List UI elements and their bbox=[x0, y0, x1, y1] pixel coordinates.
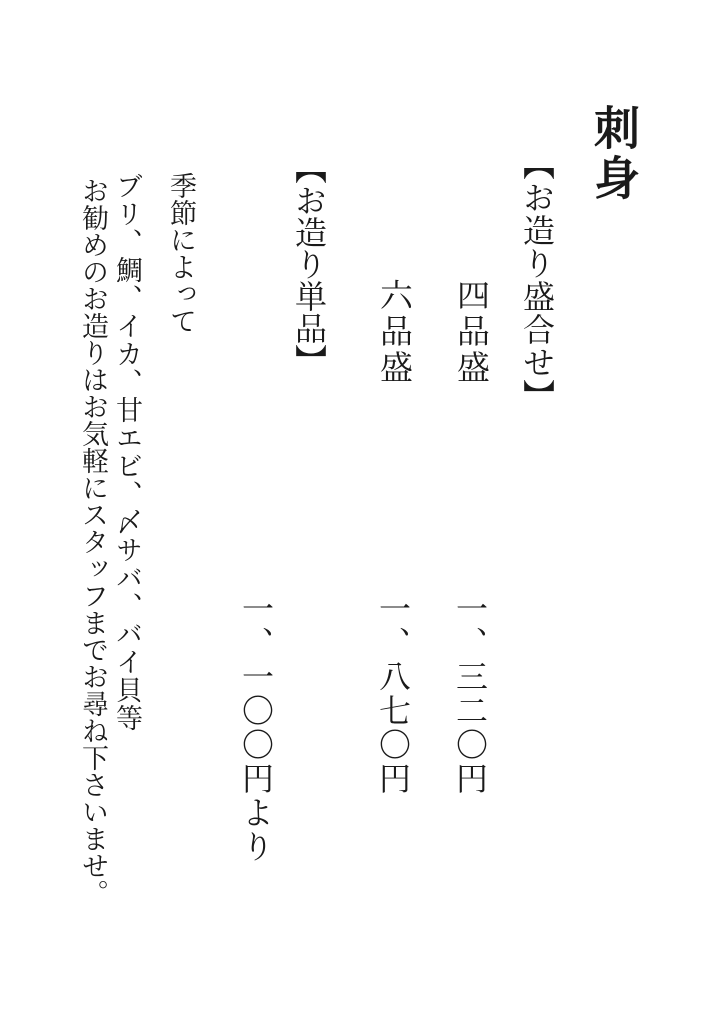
note-season: 季節によって bbox=[167, 172, 194, 334]
item-name-four-piece: 四品盛 bbox=[453, 278, 486, 386]
item-name-six-piece: 六品盛 bbox=[376, 278, 409, 386]
note-ask-staff: お勧めのお造りはお気軽にスタッフまでお尋ね下さいませ。 bbox=[79, 177, 106, 906]
item-price-four-piece: 一、三二〇円 bbox=[454, 592, 486, 796]
section-heading-moriawase: 【お造り盛合せ】 bbox=[521, 148, 553, 412]
item-price-six-piece: 一、八七〇円 bbox=[377, 592, 409, 796]
note-fish-varieties: ブリ、鯛、イカ、甘エビ、〆サバ、バイ貝等 bbox=[113, 172, 140, 732]
page-title: 刺身 bbox=[590, 104, 636, 204]
section-heading-tanpin: 【お造り単品】 bbox=[293, 152, 325, 376]
item-price-tanpin: 一、一〇〇円より bbox=[240, 592, 272, 864]
sashimi-menu-page: 刺身 【お造り盛合せ】 四品盛 一、三二〇円 六品盛 一、八七〇円 【お造り単品… bbox=[0, 0, 721, 1024]
